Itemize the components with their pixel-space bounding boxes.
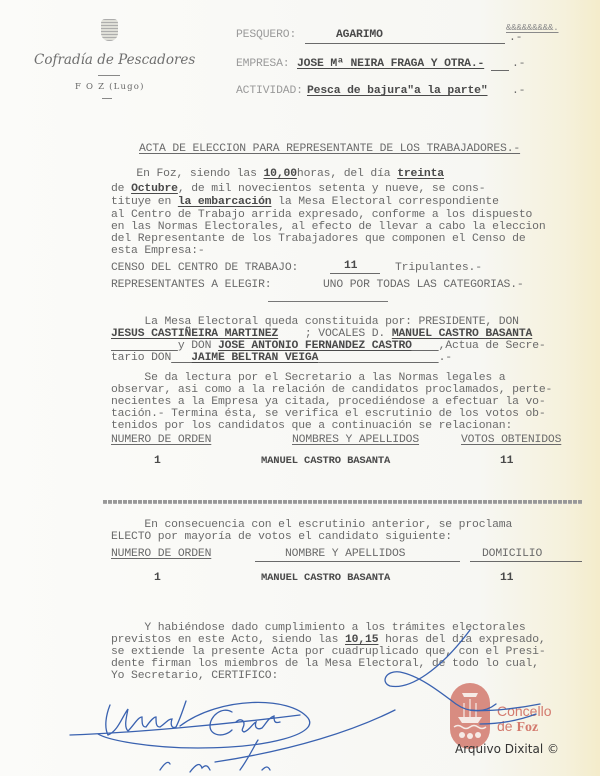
vessel-label: PESQUERO: [236, 29, 296, 42]
section-divider-dashed [103, 503, 583, 504]
divider [102, 98, 112, 99]
vocal-2-name: JOSE ANTONIO FERNANDEZ CASTRO [218, 340, 412, 352]
representatives-value: UNO POR TODAS LAS CATEGORIAS.- [323, 279, 524, 292]
activity-suffix: .- [512, 85, 525, 98]
proclamation-line-2: ELECTO por mayoría de votos el candidato… [111, 531, 452, 544]
intro-line-7: esta Empresa:- [111, 245, 205, 258]
results-order-cell: 1 [154, 455, 161, 468]
results-header-votes: VOTOS OBTENIDOS [461, 434, 561, 447]
coat-of-arms-icon [101, 19, 118, 41]
census-fill-line [330, 273, 380, 274]
vessel-value: AGARIMO [336, 29, 383, 42]
results-header-order: NUMERO DE ORDEN [111, 434, 211, 447]
intro-line-2: de Octubre, de mil novecientos setenta y… [111, 183, 485, 196]
reading-line-5: tenidos por los candidatos que a continu… [111, 420, 512, 433]
results-name-cell: MANUEL CASTRO BASANTA [261, 455, 390, 468]
election-place: la embarcación [178, 196, 272, 208]
archive-copyright: Arquivo Dixital © [455, 742, 559, 756]
elected-order-cell: 1 [154, 572, 161, 585]
intro-line-3: tituye en la embarcación la Mesa Elector… [111, 196, 499, 209]
census-value: 11 [344, 260, 357, 273]
vocal-1-name: MANUEL CASTRO BASANTA [392, 328, 532, 340]
divider [98, 75, 120, 76]
secretary-name: JAIME BELTRAN VEIGA [191, 352, 318, 364]
elected-name-cell: MANUEL CASTRO BASANTA [261, 572, 390, 585]
organization-location: F O Z (Lugo) [75, 82, 145, 92]
company-suffix: .- [512, 58, 525, 71]
header-underline [470, 561, 582, 562]
end-hour: 10,15 [345, 634, 378, 646]
elected-domicile-cell: 11 [500, 572, 513, 585]
intro-line-1: En Foz, siendo las 10,00horas, del día t… [103, 168, 444, 181]
organization-name: Cofradía de Pescadores [34, 52, 195, 68]
representatives-label: REPRESENTANTES A ELEGIR: [111, 279, 271, 292]
company-fill-line [491, 70, 509, 71]
president-name: JESUS CASTIÑEIRA MARTINEZ [111, 328, 278, 340]
elected-header-domicile: DOMICILIO [482, 548, 542, 561]
company-value: JOSE Mª NEIRA FRAGA Y OTRA.- [297, 58, 484, 71]
closing-line-5: Yo Secretario, CERTIFICO: [111, 670, 278, 683]
census-label: CENSO DEL CENTRO DE TRABAJO: [111, 262, 298, 275]
election-month: Octubre [131, 183, 178, 195]
watermark-text: Concello de Foz [497, 704, 551, 735]
election-day: treinta [397, 168, 444, 180]
vessel-fill-line [305, 43, 505, 44]
activity-label: ACTIVIDAD: [236, 85, 303, 98]
elected-header-name: NOMBRE Y APELLIDOS [285, 548, 405, 561]
census-unit: Tripulantes.- [395, 262, 482, 275]
company-label: EMPRESA: [236, 58, 289, 71]
struck-out-text: &&&&&&&&&. [506, 22, 559, 35]
section-divider [268, 301, 388, 302]
header-underline [255, 561, 460, 562]
activity-value: Pesca de bajura"a la parte" [307, 85, 488, 98]
results-votes-cell: 11 [500, 455, 513, 468]
document-title: ACTA DE ELECCION PARA REPRESENTANTE DE L… [139, 143, 520, 156]
mesa-line-4: tario DON JAIME BELTRAN VEIGA .- [111, 352, 452, 365]
concello-de-foz-logo-icon [450, 683, 490, 749]
start-hour: 10,00 [263, 168, 296, 180]
results-header-name: NOMBRES Y APELLIDOS [292, 434, 419, 447]
elected-header-order: NUMERO DE ORDEN [111, 548, 211, 561]
